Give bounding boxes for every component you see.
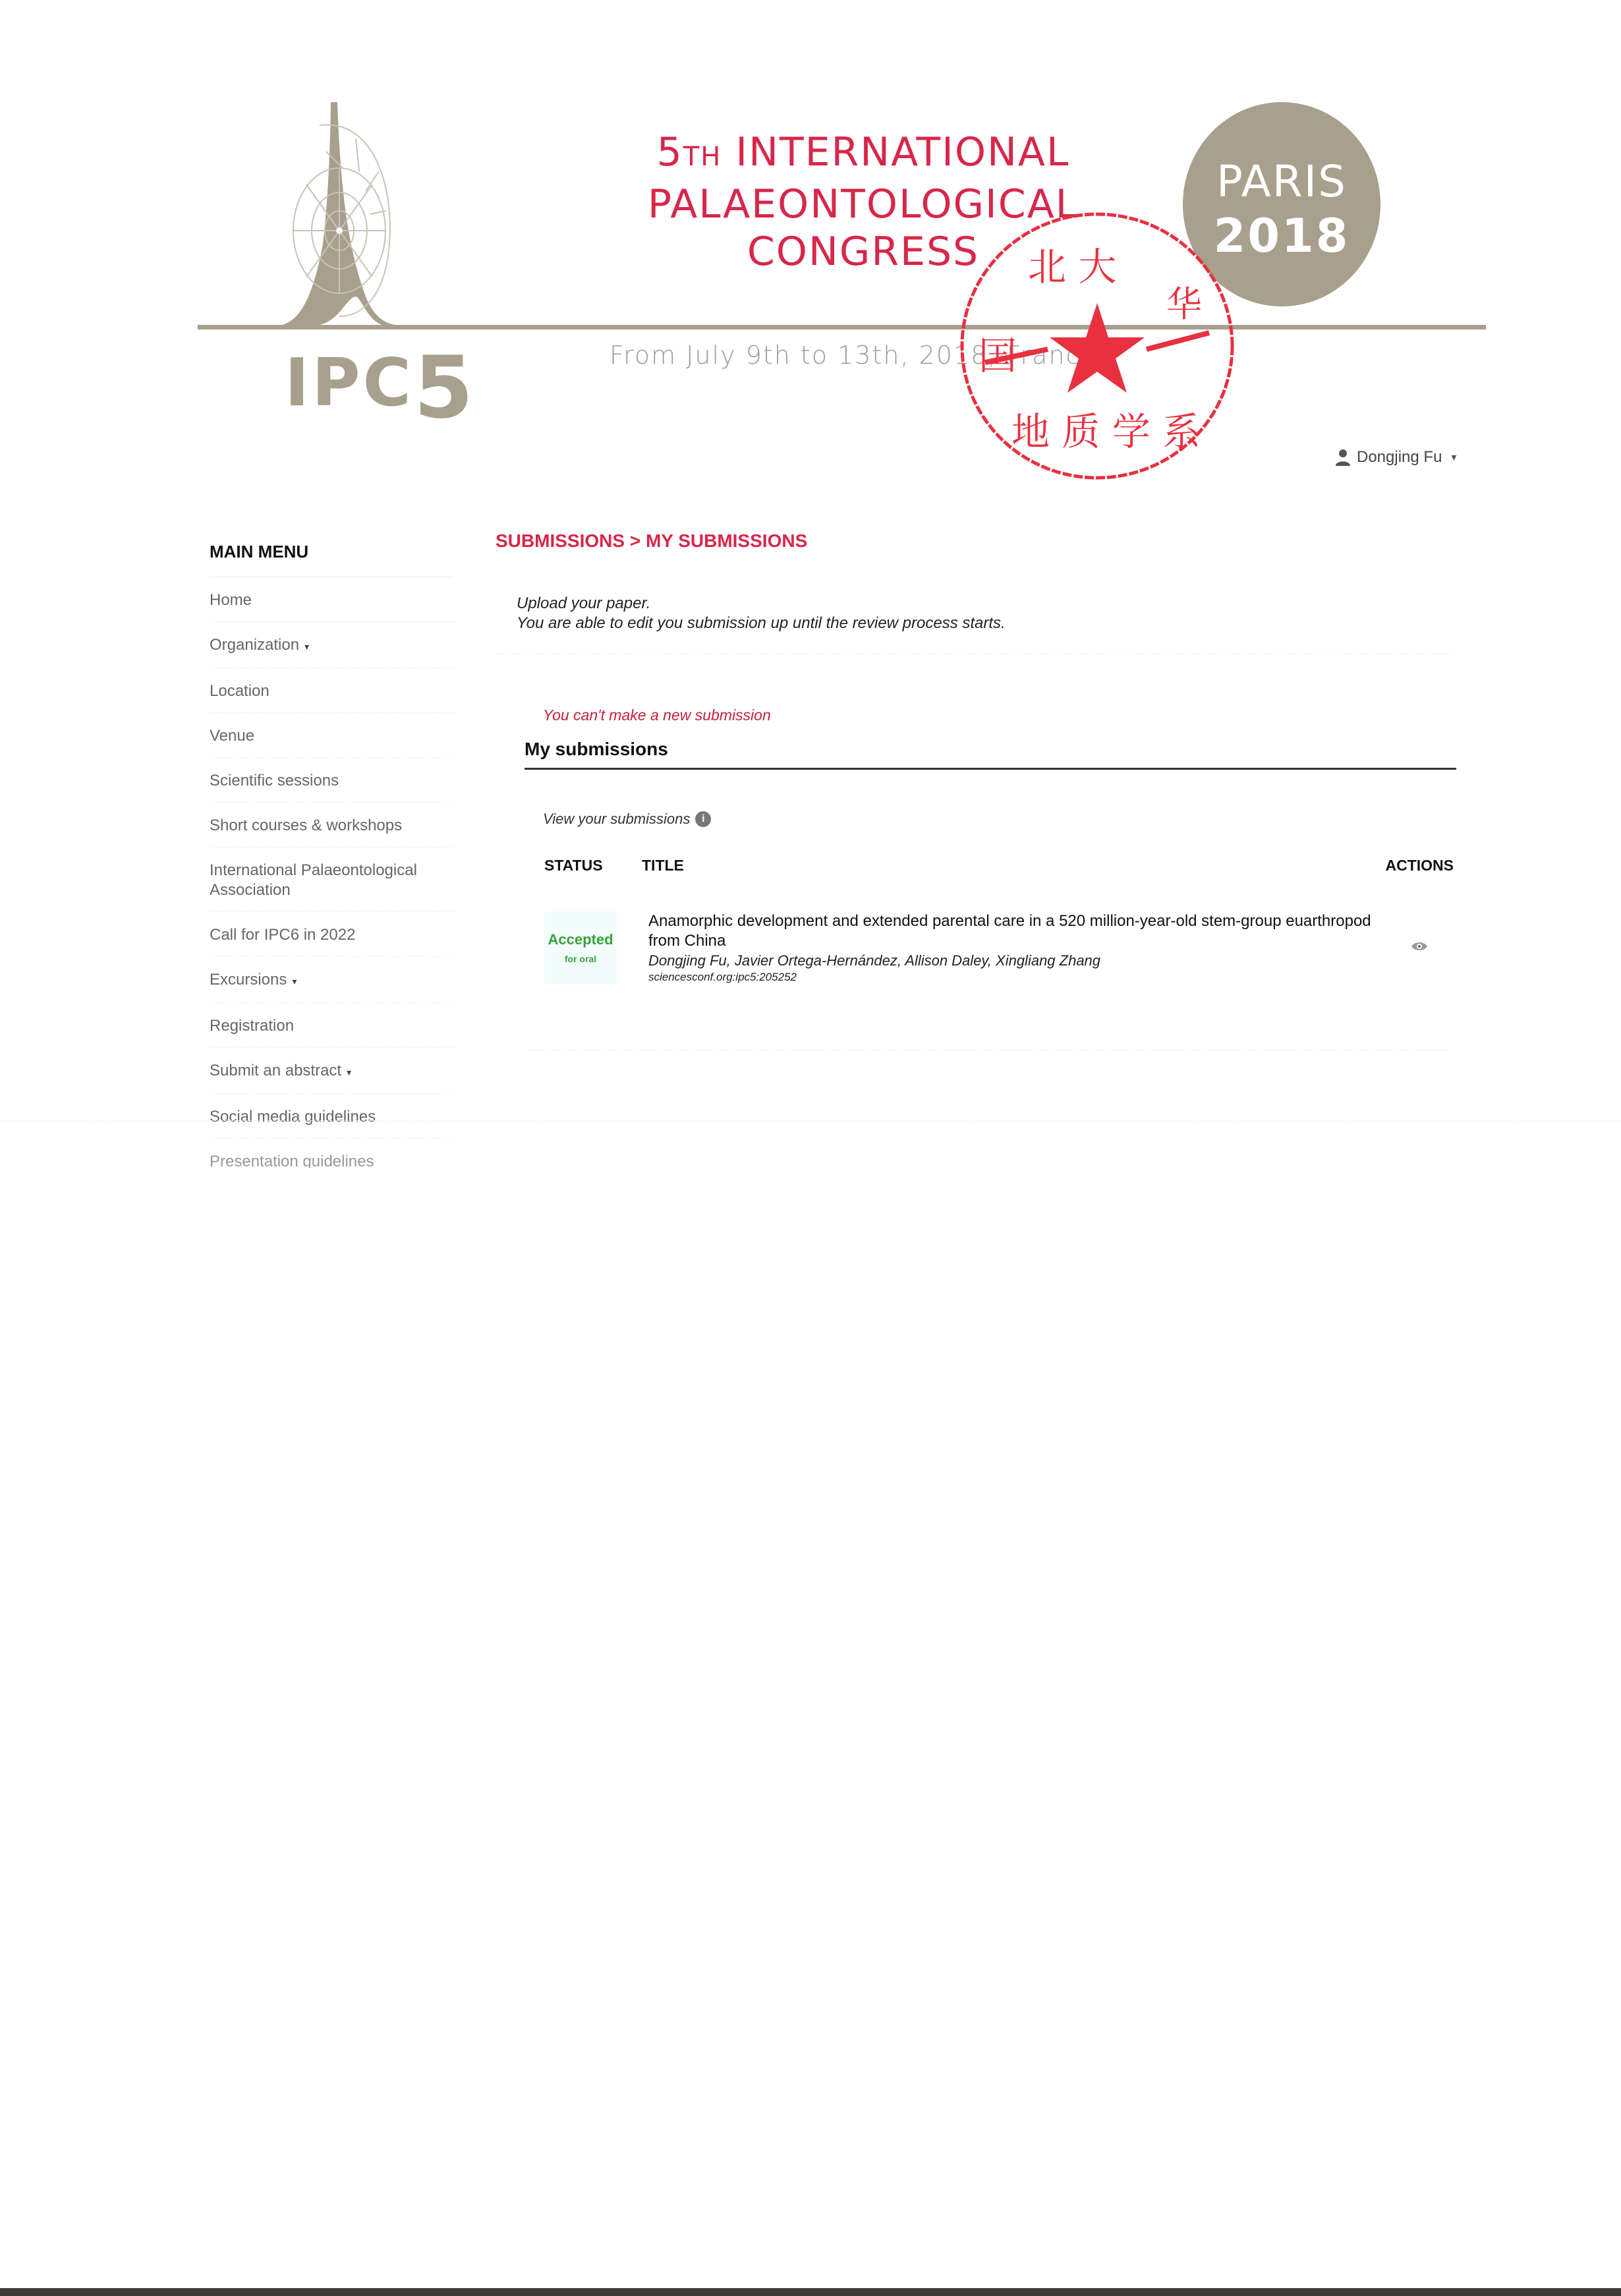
- menu-label: Venue: [210, 727, 254, 745]
- city-year-badge: PARIS 2018: [1183, 102, 1380, 306]
- table-row: Accepted for oral Anamorphic development…: [536, 911, 1459, 984]
- menu-label: Short courses & workshops: [210, 817, 402, 834]
- sidebar-item-short-courses[interactable]: Short courses & workshops: [210, 803, 453, 847]
- chevron-down-icon: ▾: [347, 1067, 351, 1077]
- user-name: Dongjing Fu: [1357, 448, 1442, 467]
- submission-reference: sciencesconf.org:ipc5:205252: [648, 971, 1380, 984]
- menu-label: Organization: [210, 636, 299, 654]
- actions-cell: [1380, 941, 1459, 955]
- sidebar-item-social-media[interactable]: Social media guidelines: [210, 1094, 453, 1139]
- table-header: STATUS TITLE ACTIONS: [536, 857, 1459, 875]
- main-menu: MAIN MENU Home Organization▾ Location Ve…: [210, 527, 453, 1168]
- menu-label: Call for IPC6 in 2022: [210, 926, 355, 944]
- city-label: PARIS: [1183, 156, 1380, 207]
- intro-text: Upload your paper. You are able to edit …: [517, 594, 1458, 633]
- eye-icon[interactable]: [1411, 941, 1428, 952]
- sidebar-item-excursions[interactable]: Excursions▾: [210, 957, 453, 1003]
- sidebar-item-home[interactable]: Home: [210, 577, 453, 622]
- logo-text: IPC: [285, 344, 414, 421]
- sidebar-item-organization[interactable]: Organization▾: [210, 622, 453, 668]
- sidebar-item-submit-abstract[interactable]: Submit an abstract▾: [210, 1048, 453, 1094]
- stamp-right-text: 华: [1166, 283, 1202, 325]
- menu-label: Registration: [210, 1017, 294, 1035]
- congress-dates: From July 9th to 13th, 2018, France: [610, 341, 1098, 370]
- menu-label: Social media guidelines: [210, 1108, 376, 1126]
- menu-label: Scientific sessions: [210, 772, 339, 789]
- menu-label: Home: [210, 591, 252, 609]
- paper-title-link[interactable]: Anamorphic development and extended pare…: [648, 911, 1380, 951]
- sidebar-item-venue[interactable]: Venue: [210, 713, 453, 758]
- title-line-2: PALAEONTOLOGICAL: [600, 181, 1127, 228]
- sidebar-item-registration[interactable]: Registration: [210, 1003, 453, 1048]
- column-header-status: STATUS: [536, 857, 642, 875]
- ipc5-logo-text: IPC5: [285, 333, 476, 418]
- stamp-bottom-text: 地 质 学 系: [1011, 409, 1201, 454]
- sidebar-item-ipa[interactable]: International Palaeontological Associati…: [210, 847, 453, 912]
- status-detail: for oral: [544, 954, 617, 964]
- paper-authors: Dongjing Fu, Javier Ortega-Hernández, Al…: [648, 952, 1380, 969]
- sidebar-item-location[interactable]: Location: [210, 668, 453, 713]
- user-menu[interactable]: Dongjing Fu ▾: [1334, 448, 1456, 467]
- submissions-table: STATUS TITLE ACTIONS Accepted for oral A…: [536, 857, 1459, 1050]
- divider: [496, 653, 1458, 654]
- info-icon[interactable]: i: [695, 811, 711, 827]
- divider: [528, 1050, 1451, 1050]
- divider: [0, 1120, 1621, 1121]
- column-header-title: TITLE: [642, 857, 1375, 875]
- sidebar-item-scientific-sessions[interactable]: Scientific sessions: [210, 758, 453, 803]
- title-ordinal-number: 5: [657, 129, 683, 175]
- breadcrumb: SUBMISSIONS > MY SUBMISSIONS: [496, 527, 1458, 552]
- intro-line-2: You are able to edit you submission up u…: [517, 614, 1458, 633]
- menu-label: Location: [210, 682, 270, 700]
- intro-line-1: Upload your paper.: [517, 594, 1458, 614]
- title-ordinal-suffix: TH: [683, 142, 722, 172]
- menu-label: International Palaeontological Associati…: [210, 861, 417, 899]
- chevron-down-icon: ▾: [292, 976, 297, 987]
- menu-label: Excursions: [210, 971, 287, 989]
- menu-label: Presentation guidelines: [210, 1153, 374, 1168]
- banner-divider: [198, 325, 1486, 330]
- sidebar-item-call-ipc6[interactable]: Call for IPC6 in 2022: [210, 912, 453, 957]
- user-icon: [1334, 448, 1351, 467]
- menu-label: Submit an abstract: [210, 1062, 341, 1079]
- title-line-1: INTERNATIONAL: [722, 129, 1069, 175]
- chevron-down-icon: ▾: [304, 641, 309, 652]
- scan-edge: [0, 2288, 1621, 2296]
- submission-closed-notice: You can't make a new submission: [543, 706, 1458, 724]
- title-line-3: CONGRESS: [600, 228, 1127, 275]
- congress-title: 5TH INTERNATIONAL PALAEONTOLOGICAL CONGR…: [600, 129, 1127, 275]
- main-menu-title: MAIN MENU: [210, 527, 453, 577]
- status-label: Accepted: [544, 931, 617, 948]
- sidebar-item-presentation-guidelines[interactable]: Presentation guidelines: [210, 1139, 453, 1168]
- view-label: View your submissions: [543, 811, 690, 828]
- conference-banner: IPC5 5TH INTERNATIONAL PALAEONTOLOGICAL …: [0, 0, 1621, 435]
- logo-number: 5: [414, 337, 476, 438]
- main-content: SUBMISSIONS > MY SUBMISSIONS Upload your…: [496, 527, 1458, 1050]
- view-submissions-label: View your submissions i: [543, 811, 1458, 828]
- year-label: 2018: [1183, 209, 1380, 263]
- submission-info: Anamorphic development and extended pare…: [634, 911, 1380, 984]
- section-title: My submissions: [525, 739, 1456, 770]
- column-header-actions: ACTIONS: [1375, 857, 1459, 875]
- chevron-down-icon: ▾: [1451, 451, 1456, 464]
- status-badge: Accepted for oral: [544, 911, 617, 984]
